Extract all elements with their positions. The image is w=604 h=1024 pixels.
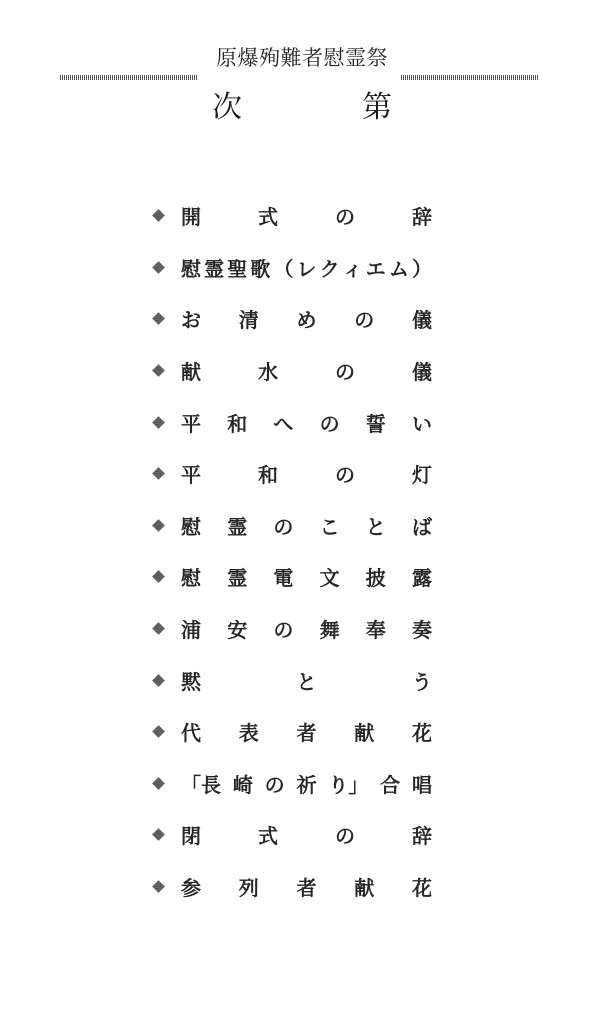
label-char: 儀: [412, 304, 432, 333]
diamond-icon: [152, 880, 165, 893]
program-item-label: 慰霊のことば: [181, 511, 438, 540]
program-item-label: 開式の辞: [181, 201, 438, 230]
label-char: ば: [412, 511, 432, 540]
label-char: 安: [227, 614, 247, 643]
program-item: 平和への誓い: [148, 396, 438, 448]
label-char: う: [412, 666, 432, 695]
label-char: 合: [380, 769, 400, 798]
program-item-label: 平和への誓い: [181, 408, 438, 437]
program-item: 献水の儀: [148, 345, 438, 397]
label-char: 平: [181, 408, 201, 437]
program-item: 慰霊電文披露: [148, 551, 438, 603]
label-char: と: [366, 511, 386, 540]
label-char: へ: [273, 408, 293, 437]
program-item-label: 閉式の辞: [181, 820, 438, 849]
label-char: ）: [412, 253, 432, 282]
label-char: 霊: [227, 511, 247, 540]
label-char: 露: [412, 562, 432, 591]
label-char: 儀: [412, 356, 432, 385]
program-list: 開式の辞慰霊聖歌（レクィエム）お清めの儀献水の儀平和への誓い平和の灯慰霊のことば…: [148, 190, 438, 912]
program-item: 黙とう: [148, 654, 438, 706]
label-char: 慰: [181, 253, 201, 282]
label-char: ィ: [343, 253, 363, 282]
label-char: 者: [297, 717, 317, 746]
label-char: 奏: [412, 614, 432, 643]
diamond-icon: [152, 209, 165, 222]
program-item: 浦安の舞奉奏: [148, 603, 438, 655]
label-char: 平: [181, 459, 201, 488]
label-char: の: [335, 459, 355, 488]
label-char: 参: [181, 872, 201, 901]
label-char: 霊: [204, 253, 224, 282]
ceremony-title: 原爆殉難者慰霊祭: [0, 42, 604, 72]
program-item-label: 「長崎の祈り」合唱: [181, 769, 438, 798]
label-char: 辞: [412, 201, 432, 230]
diamond-icon: [152, 467, 165, 480]
program-item-label: 浦安の舞奉奏: [181, 614, 438, 643]
label-char: 献: [354, 717, 374, 746]
diamond-icon: [152, 313, 165, 326]
label-char: い: [412, 408, 432, 437]
label-char: レ: [296, 253, 316, 282]
label-char: 辞: [412, 820, 432, 849]
label-char: り」: [328, 769, 368, 798]
label-char: の: [273, 614, 293, 643]
diamond-icon: [152, 571, 165, 584]
label-char: 誓: [366, 408, 386, 437]
label-char: 文: [320, 562, 340, 591]
label-char: 霊: [227, 562, 247, 591]
label-char: 舞: [320, 614, 340, 643]
label-char: 和: [258, 459, 278, 488]
label-char: 者: [297, 872, 317, 901]
program-item-label: 参列者献花: [181, 872, 438, 901]
program-item: 「長崎の祈り」合唱: [148, 758, 438, 810]
label-char: ク: [320, 253, 340, 282]
diamond-icon: [152, 364, 165, 377]
program-item: 代表者献花: [148, 706, 438, 758]
label-char: 奉: [366, 614, 386, 643]
program-header: 原爆殉難者慰霊祭 次 第: [0, 0, 604, 140]
label-char: 聖: [227, 253, 247, 282]
program-item: 平和の灯: [148, 448, 438, 500]
label-char: 崎: [233, 769, 253, 798]
label-char: （: [273, 253, 293, 282]
label-char: 開: [181, 201, 201, 230]
program-item: 開式の辞: [148, 190, 438, 242]
program-item-label: 献水の儀: [181, 356, 438, 385]
label-char: の: [354, 304, 374, 333]
label-char: 浦: [181, 614, 201, 643]
label-char: 式: [258, 201, 278, 230]
label-char: 閉: [181, 820, 201, 849]
label-char: と: [297, 666, 317, 695]
label-char: 灯: [412, 459, 432, 488]
diamond-icon: [152, 725, 165, 738]
diamond-icon: [152, 416, 165, 429]
label-char: 披: [366, 562, 386, 591]
label-char: 水: [258, 356, 278, 385]
diamond-icon: [152, 674, 165, 687]
label-char: 歌: [250, 253, 270, 282]
label-char: 列: [239, 872, 259, 901]
label-char: の: [335, 356, 355, 385]
label-char: ム: [389, 253, 409, 282]
program-item: 慰霊のことば: [148, 500, 438, 552]
label-char: お: [181, 304, 201, 333]
label-char: 式: [258, 820, 278, 849]
title-char: 第: [362, 82, 392, 118]
label-char: 表: [239, 717, 259, 746]
label-char: 清: [239, 304, 259, 333]
label-char: 献: [354, 872, 374, 901]
decorative-rule-left: [60, 75, 198, 80]
label-char: 慰: [181, 511, 201, 540]
program-item: 参列者献花: [148, 861, 438, 913]
label-char: こ: [320, 511, 340, 540]
label-char: 花: [412, 717, 432, 746]
label-char: 代: [181, 717, 201, 746]
label-char: の: [335, 201, 355, 230]
label-char: 献: [181, 356, 201, 385]
diamond-icon: [152, 519, 165, 532]
title-char: 次: [212, 82, 242, 118]
diamond-icon: [152, 829, 165, 842]
label-char: 慰: [181, 562, 201, 591]
program-item: 閉式の辞: [148, 809, 438, 861]
program-item-label: お清めの儀: [181, 304, 438, 333]
program-item-label: 慰霊聖歌（レクィエム）: [181, 253, 438, 282]
label-char: 花: [412, 872, 432, 901]
program-item-label: 慰霊電文披露: [181, 562, 438, 591]
label-char: の: [273, 511, 293, 540]
page-title: 次 第: [212, 82, 392, 118]
label-char: め: [297, 304, 317, 333]
program-item: お清めの儀: [148, 293, 438, 345]
diamond-icon: [152, 777, 165, 790]
label-char: の: [265, 769, 285, 798]
label-char: 黙: [181, 666, 201, 695]
label-char: 電: [273, 562, 293, 591]
decorative-rule-right: [401, 75, 539, 80]
label-char: の: [320, 408, 340, 437]
diamond-icon: [152, 622, 165, 635]
label-char: 和: [227, 408, 247, 437]
label-char: 祈: [296, 769, 316, 798]
label-char: 「長: [181, 769, 221, 798]
program-item: 慰霊聖歌（レクィエム）: [148, 242, 438, 294]
label-char: の: [335, 820, 355, 849]
program-item-label: 代表者献花: [181, 717, 438, 746]
diamond-icon: [152, 261, 165, 274]
program-item-label: 黙とう: [181, 666, 438, 695]
label-char: エ: [366, 253, 386, 282]
label-char: 唱: [412, 769, 432, 798]
program-item-label: 平和の灯: [181, 459, 438, 488]
